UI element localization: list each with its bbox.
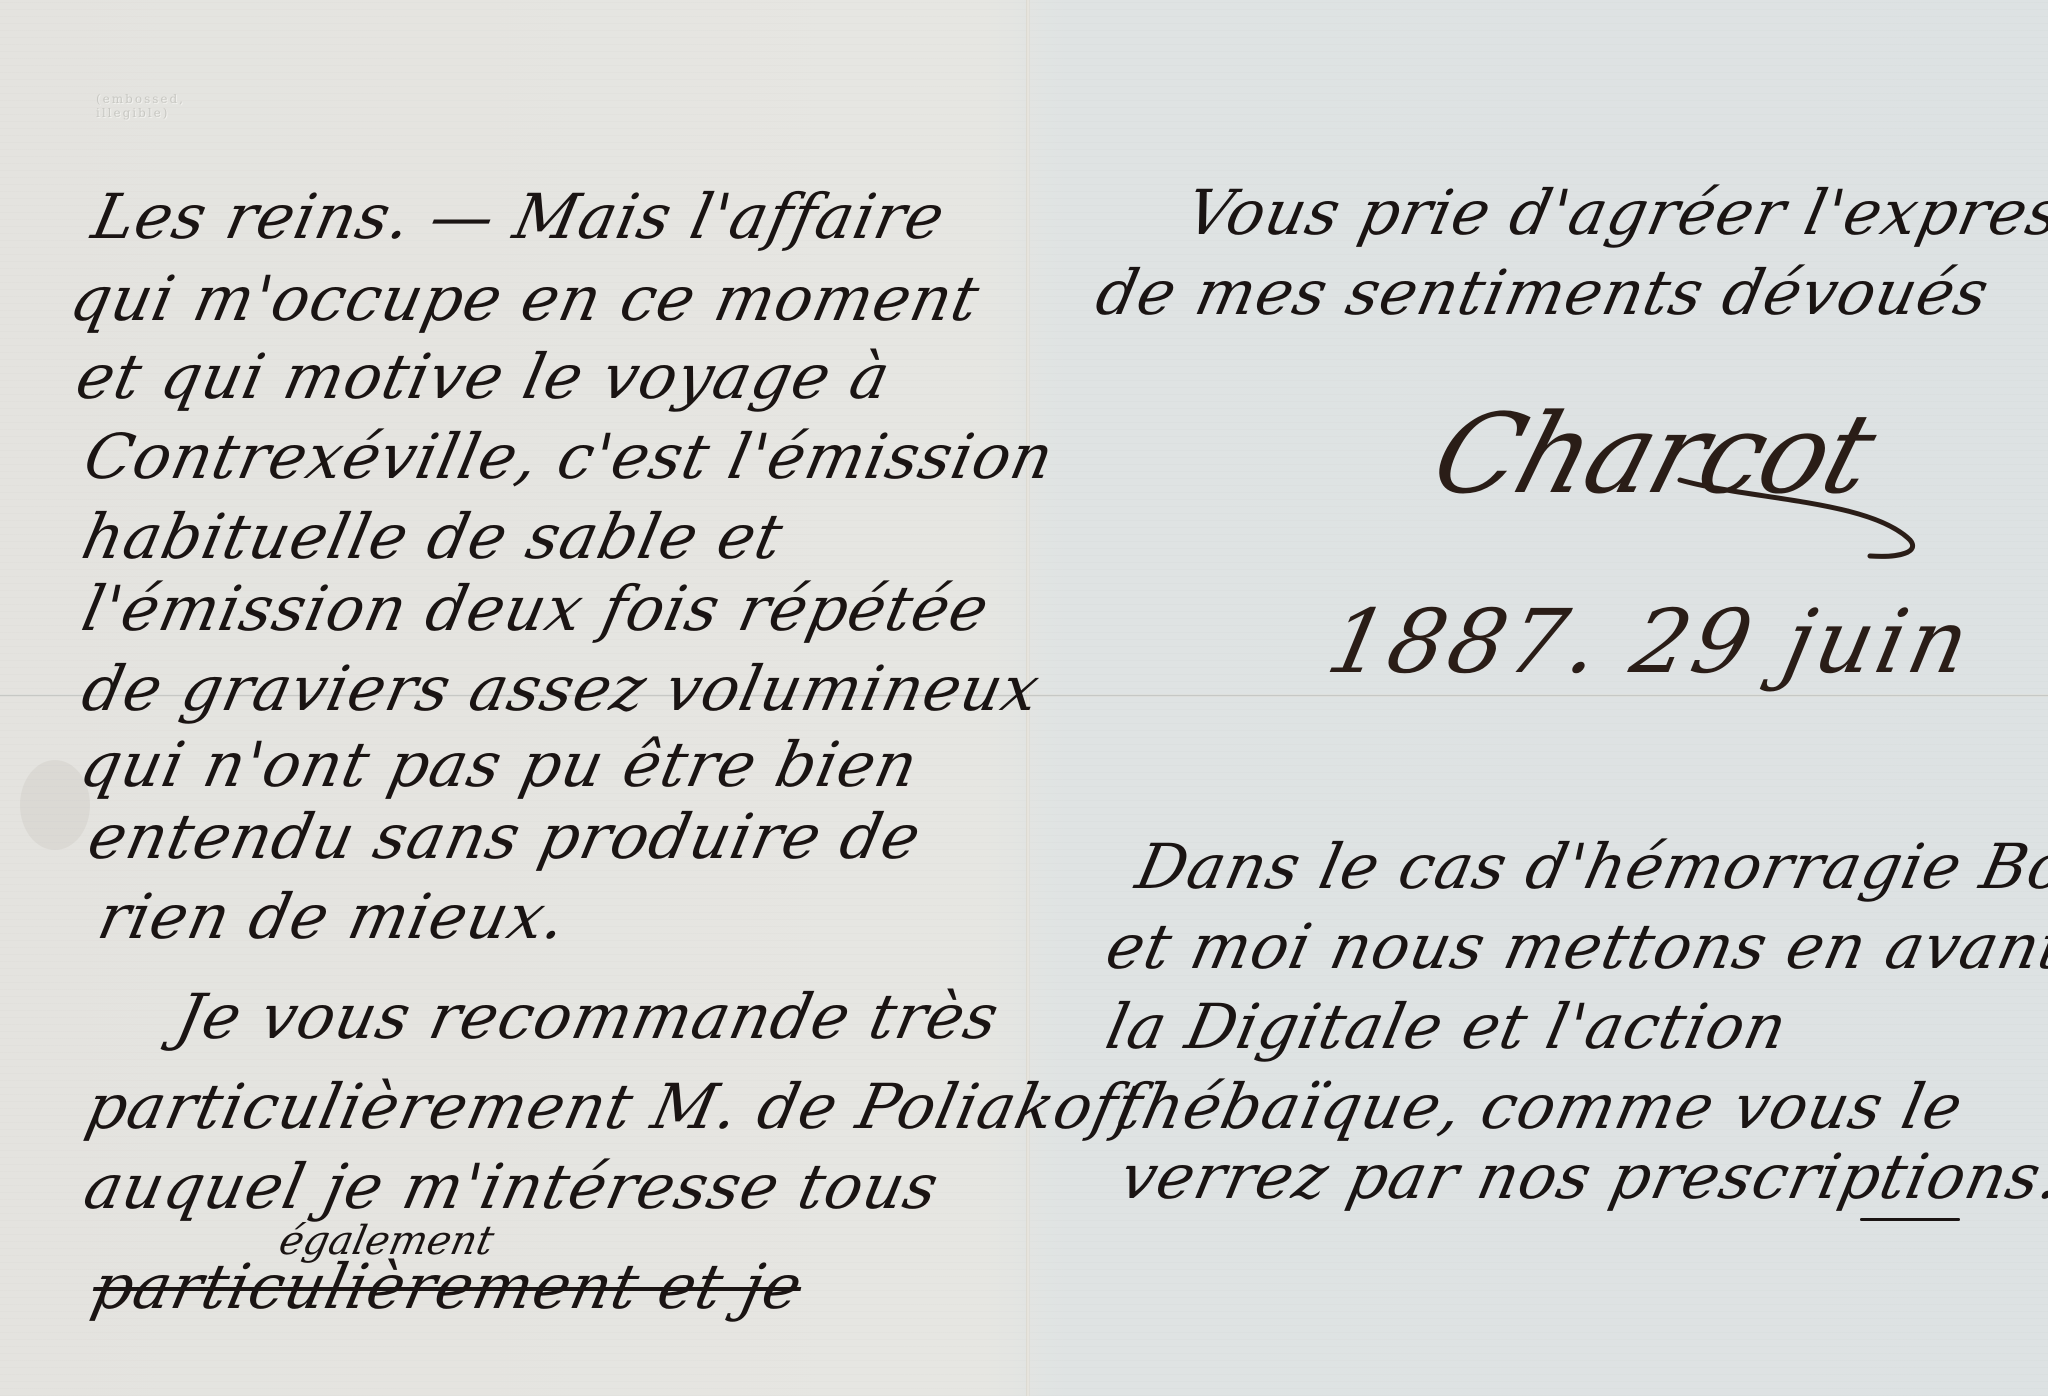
letter-line: particulièrement M. de Poliakoff (80, 1070, 1149, 1143)
signature-flourish-icon (1670, 470, 1930, 560)
letter-line: qui m'occupe en ce moment (64, 262, 986, 335)
closing-underline (1860, 1218, 1960, 1221)
letter-line: de graviers assez volumineux (76, 652, 1047, 725)
letter-line: habituelle de sable et (76, 500, 790, 573)
letter-line: et qui motive le voyage à (70, 340, 897, 413)
closing-line: de mes sentiments dévoués (1090, 256, 1996, 329)
letter-line: Contrexéville, c'est l'émission (78, 420, 1061, 493)
postscript-line: verrez par nos prescriptions. (1114, 1140, 2048, 1213)
letter-line: qui n'ont pas pu être bien (74, 728, 925, 801)
postscript-line: la Digitale et l'action (1100, 990, 1794, 1063)
letter-line: Je vous recommande très (170, 980, 1006, 1053)
letter-line: rien de mieux. (92, 880, 573, 953)
letter-line: entendu sans produire de (82, 800, 928, 873)
letter-sheet: (embossed, illegible) Les reins. — Mais … (0, 0, 2048, 1396)
postscript-line: thébaïque, comme vous le (1110, 1070, 1970, 1143)
postscript-line: Dans le cas d'hémorragie Botkin (1130, 830, 2048, 903)
closing-line: Vous prie d'agréer l'expression (1180, 176, 2048, 249)
letter-line: auquel je m'intéresse tous (78, 1150, 945, 1223)
right-page: Vous prie d'agréer l'expression de mes s… (1030, 0, 2048, 1396)
letter-line: l'émission deux fois répétée (76, 572, 996, 645)
struck-line: particulièrement et je (86, 1250, 809, 1323)
letter-date: 1887. 29 juin (1319, 590, 1982, 693)
postscript-line: et moi nous mettons en avant (1100, 910, 2048, 983)
left-page: Les reins. — Mais l'affaire qui m'occupe… (0, 0, 1026, 1396)
letter-line: Les reins. — Mais l'affaire (86, 180, 952, 253)
